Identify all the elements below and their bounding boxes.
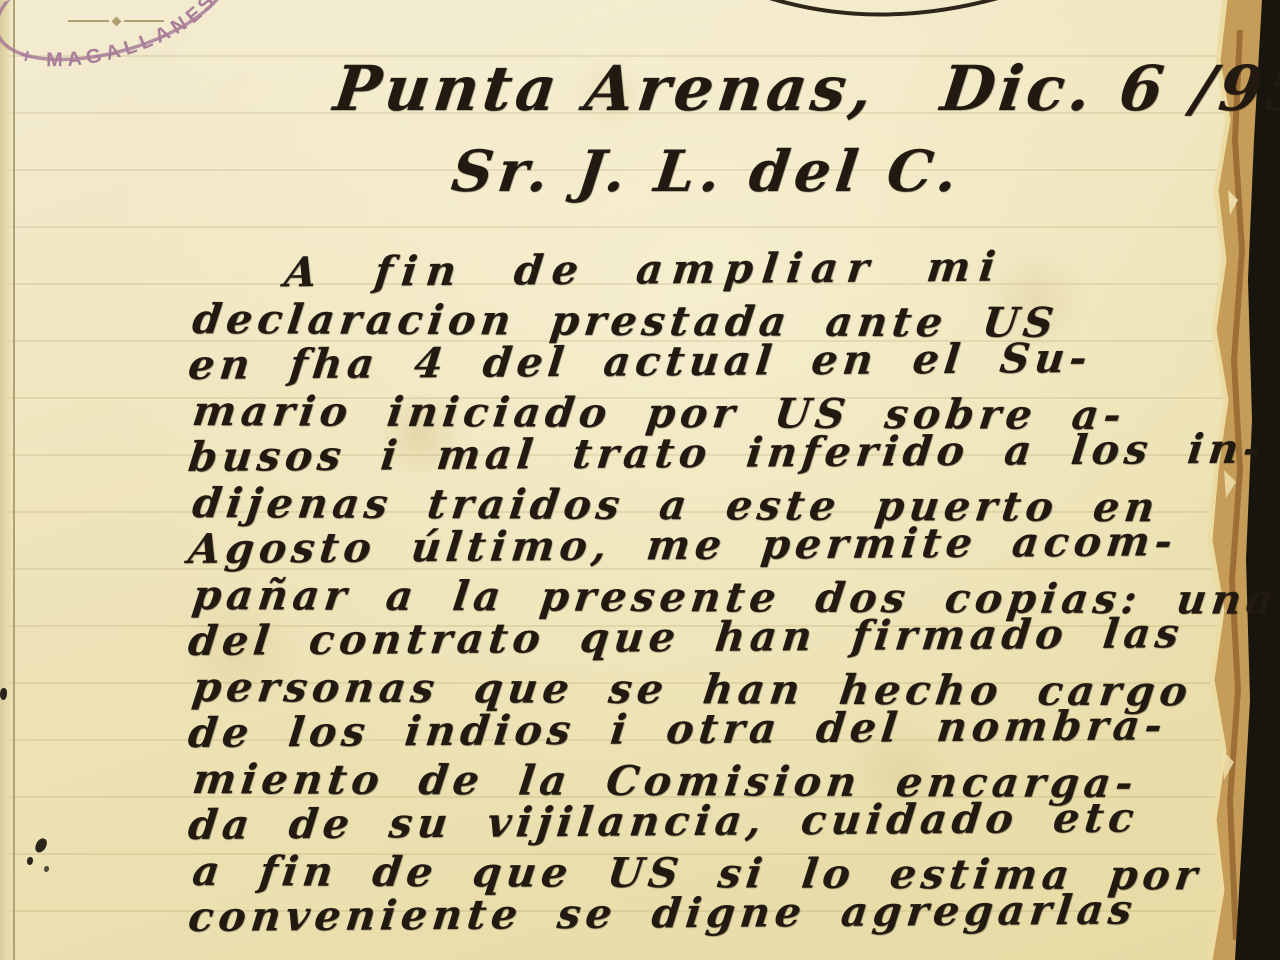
manuscript-line: del contrato que han firmado las	[186, 610, 1232, 664]
ink-arc-remnant	[0, 0, 1280, 50]
manuscript-line: A fin de ampliar mi	[186, 242, 1232, 296]
manuscript-line: de los indios i otra del nombra-	[186, 702, 1232, 756]
ink-speck	[44, 866, 49, 872]
ink-speck	[27, 857, 33, 865]
salutation: Sr. J. L. del C.	[448, 138, 966, 205]
manuscript-line: conveniente se digne agregarlas	[186, 886, 1232, 940]
heading-place: Punta Arenas,	[330, 52, 880, 125]
heading-date: Dic. 6 /95	[937, 52, 1280, 125]
manuscript-body: A fin de ampliar mi declaracion prestada…	[186, 250, 1226, 940]
manuscript-line: Agosto último, me permite acom-	[186, 518, 1232, 572]
manuscript-page: + MAGALLANES + Punta Arenas, Dic. 6 /95 …	[0, 0, 1280, 960]
ink-speck	[33, 837, 48, 855]
manuscript-line: da de su vijilancia, cuidado etc	[186, 794, 1232, 848]
manuscript-line: busos i mal trato inferido a los in-	[186, 426, 1232, 480]
manuscript-line: en fha 4 del actual en el Su-	[186, 334, 1232, 388]
page-fold-edge	[0, 0, 15, 960]
heading-place-date: Punta Arenas, Dic. 6 /95	[330, 52, 1280, 125]
